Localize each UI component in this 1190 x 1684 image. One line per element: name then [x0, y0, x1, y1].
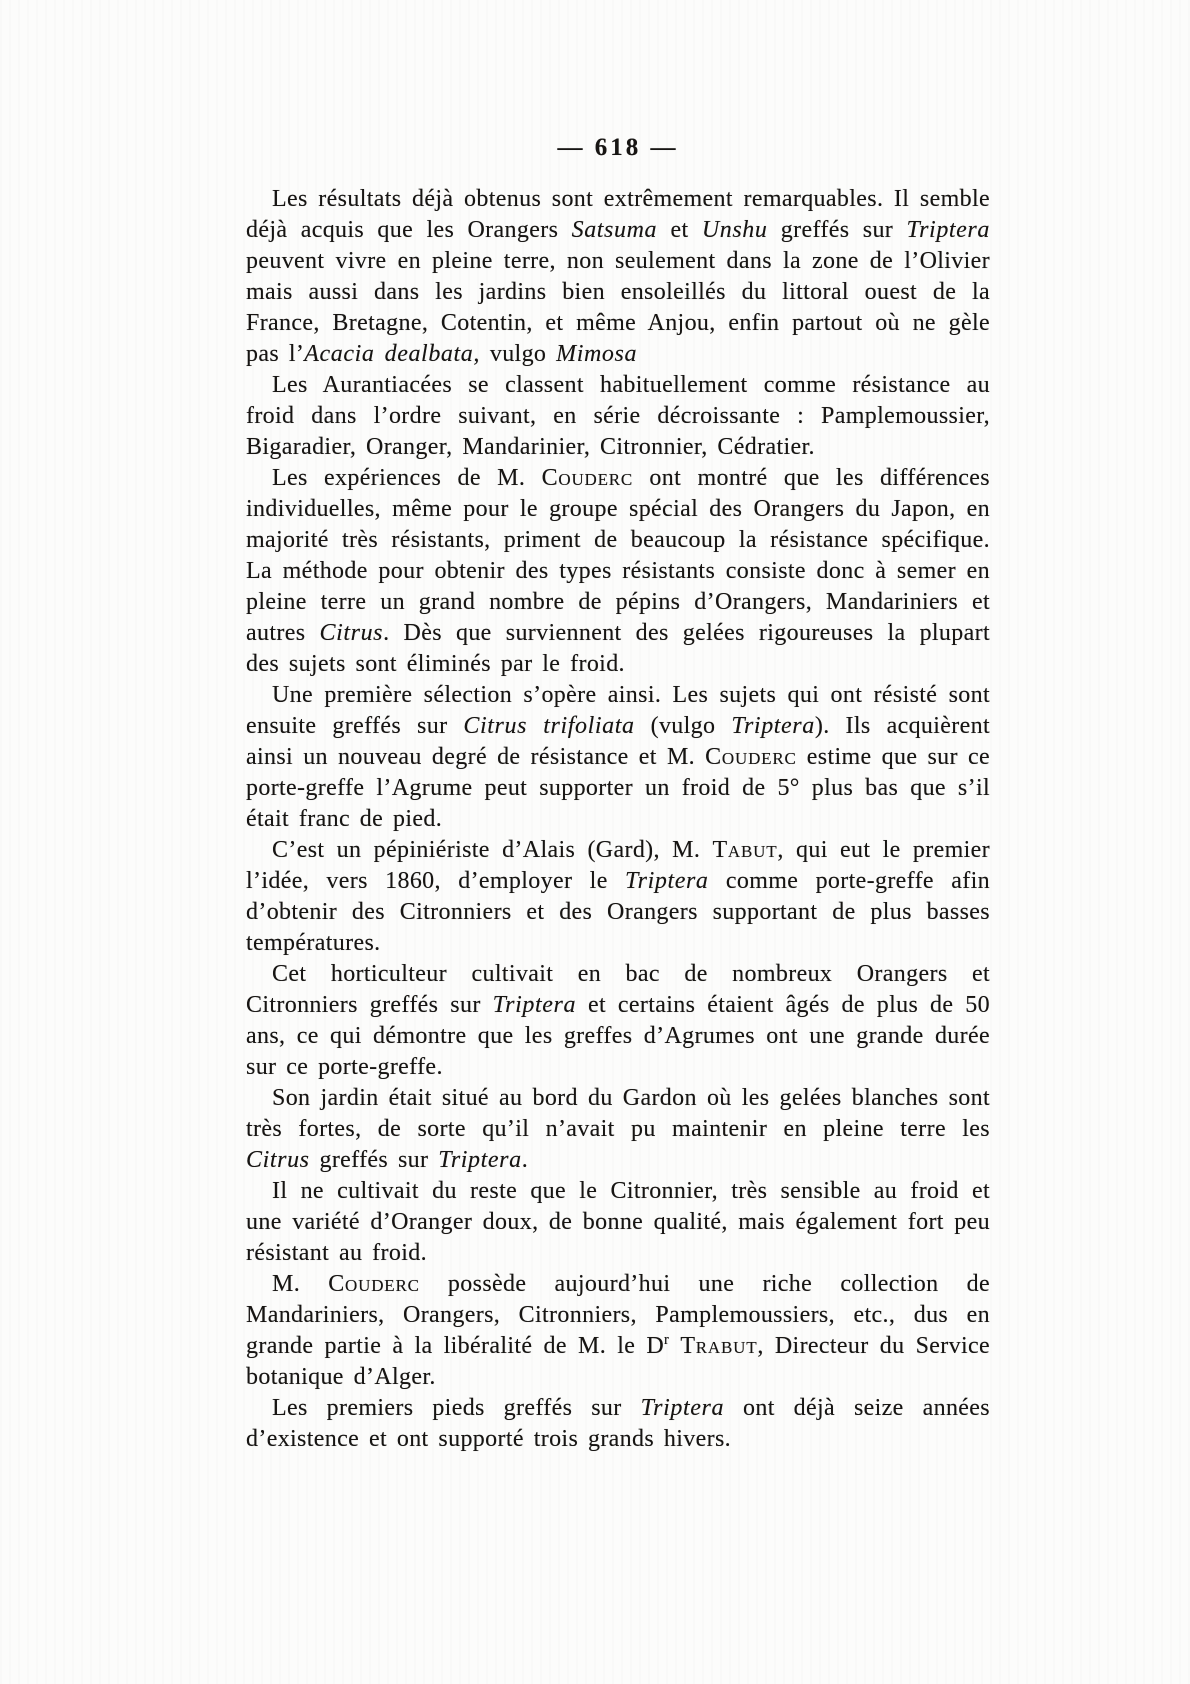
paragraph: Son jardin était situé au bord du Gardon…	[246, 1083, 990, 1176]
page-body: Les résultats déjà obtenus sont extrêmem…	[246, 184, 990, 1455]
paragraph: Les Aurantiacées se classent habituellem…	[246, 370, 990, 463]
paragraph: C’est un pépiniériste d’Alais (Gard), M.…	[246, 835, 990, 959]
paragraph: M. Couderc possède aujourd’hui une riche…	[246, 1269, 990, 1393]
page-number: — 618 —	[246, 134, 990, 162]
paragraph: Les résultats déjà obtenus sont extrêmem…	[246, 184, 990, 370]
paragraph: Les expériences de M. Couderc ont montré…	[246, 463, 990, 680]
text-block: — 618 — Les résultats déjà obtenus sont …	[246, 134, 990, 1455]
paragraph: Une première sélection s’opère ainsi. Le…	[246, 680, 990, 835]
paragraph: Les premiers pieds greffés sur Triptera …	[246, 1393, 990, 1455]
paragraph: Il ne cultivait du reste que le Citronni…	[246, 1176, 990, 1269]
paragraph: Cet horticulteur cultivait en bac de nom…	[246, 959, 990, 1083]
scanned-page: — 618 — Les résultats déjà obtenus sont …	[0, 0, 1190, 1684]
